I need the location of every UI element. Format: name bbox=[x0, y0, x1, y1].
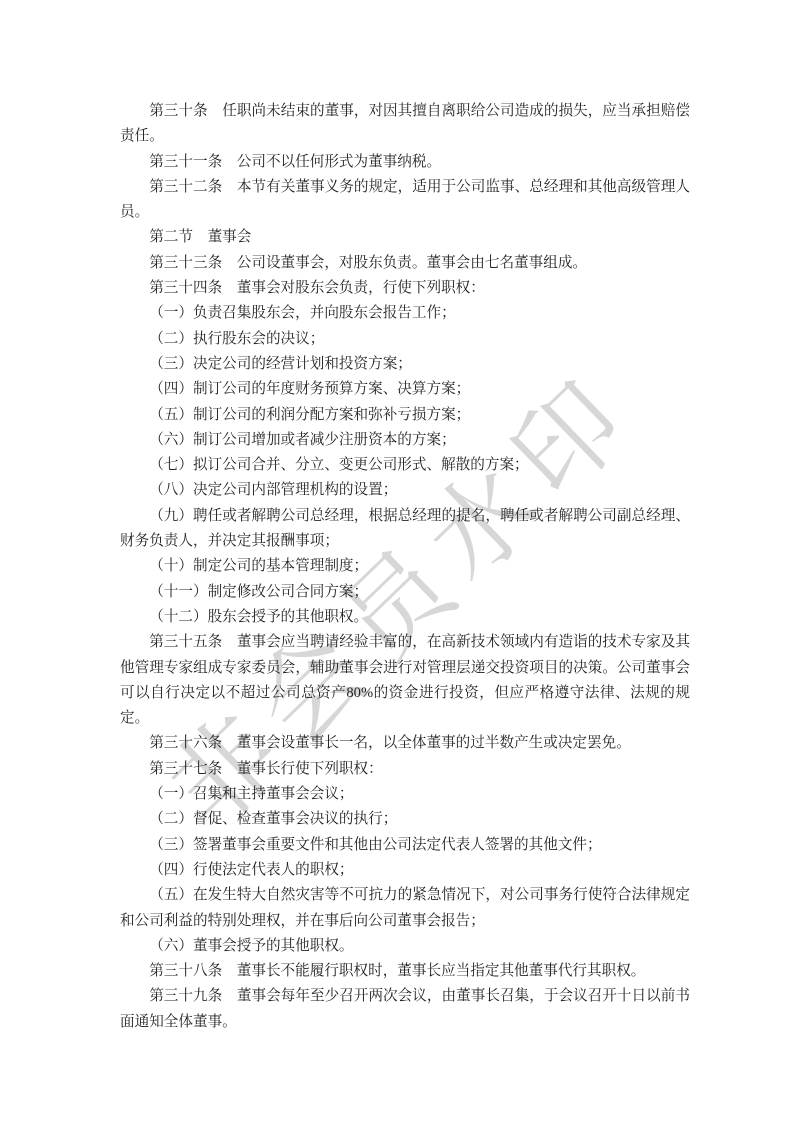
paragraph: （五）制订公司的利润分配方案和弥补亏损方案； bbox=[120, 403, 690, 428]
paragraph: （十）制定公司的基本管理制度； bbox=[120, 554, 690, 579]
paragraph: （九）聘任或者解聘公司总经理，根据总经理的提名，聘任或者解聘公司副总经理、财务负… bbox=[120, 504, 690, 555]
paragraph: 第三十三条 公司设董事会，对股东负责。董事会由七名董事组成。 bbox=[120, 251, 690, 276]
paragraph: （二）执行股东会的决议； bbox=[120, 327, 690, 352]
paragraph: （三）签署董事会重要文件和其他由公司法定代表人签署的其他文件； bbox=[120, 833, 690, 858]
paragraph: 第三十五条 董事会应当聘请经验丰富的，在高新技术领域内有造诣的技术专家及其他管理… bbox=[120, 630, 690, 731]
paragraph: （十一）制定修改公司合同方案； bbox=[120, 580, 690, 605]
paragraph: 第三十六条 董事会设董事长一名，以全体董事的过半数产生或决定罢免。 bbox=[120, 731, 690, 756]
paragraph: （三）决定公司的经营计划和投资方案； bbox=[120, 352, 690, 377]
paragraph: 第三十七条 董事长行使下列职权： bbox=[120, 757, 690, 782]
paragraph: （一）召集和主持董事会会议； bbox=[120, 782, 690, 807]
paragraph: 第三十四条 董事会对股东会负责，行使下列职权： bbox=[120, 276, 690, 301]
paragraph: （六）制订公司增加或者减少注册资本的方案； bbox=[120, 428, 690, 453]
paragraph: （五）在发生特大自然灾害等不可抗力的紧急情况下，对公司事务行使符合法律规定和公司… bbox=[120, 883, 690, 934]
document-page: 非会员水印 第三十条 任职尚未结束的董事，对因其擅自离职给公司造成的损失，应当承… bbox=[0, 0, 800, 1131]
paragraph: （四）行使法定代表人的职权； bbox=[120, 858, 690, 883]
paragraph: （一）负责召集股东会，并向股东会报告工作； bbox=[120, 301, 690, 326]
paragraph: 第三十条 任职尚未结束的董事，对因其擅自离职给公司造成的损失，应当承担赔偿责任。 bbox=[120, 99, 690, 150]
paragraph: （七）拟订公司合并、分立、变更公司形式、解散的方案； bbox=[120, 453, 690, 478]
paragraph: 第三十九条 董事会每年至少召开两次会议，由董事长召集，于会议召开十日以前书面通知… bbox=[120, 984, 690, 1035]
paragraph: （八）决定公司内部管理机构的设置； bbox=[120, 478, 690, 503]
paragraph: （四）制订公司的年度财务预算方案、决算方案； bbox=[120, 377, 690, 402]
section-heading: 第二节 董事会 bbox=[120, 225, 690, 250]
paragraph: 第三十一条 公司不以任何形式为董事纳税。 bbox=[120, 150, 690, 175]
paragraph: （十二）股东会授予的其他职权。 bbox=[120, 605, 690, 630]
document-body: 第三十条 任职尚未结束的董事，对因其擅自离职给公司造成的损失，应当承担赔偿责任。… bbox=[120, 99, 690, 1035]
paragraph: 第三十八条 董事长不能履行职权时，董事长应当指定其他董事代行其职权。 bbox=[120, 959, 690, 984]
paragraph: （六）董事会授予的其他职权。 bbox=[120, 934, 690, 959]
paragraph: 第三十二条 本节有关董事义务的规定，适用于公司监事、总经理和其他高级管理人员。 bbox=[120, 175, 690, 226]
paragraph: （二）督促、检查董事会决议的执行； bbox=[120, 807, 690, 832]
